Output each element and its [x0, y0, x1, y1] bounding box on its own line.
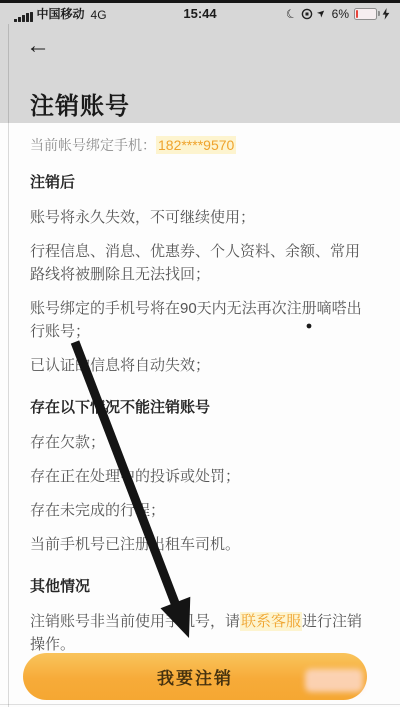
header: 中国移动 4G 15:44 ☾ ➤ 6% ← 注销账号 — [0, 0, 400, 123]
section-heading-after-cancel: 注销后 — [30, 171, 372, 192]
section-heading-cannot-cancel: 存在以下情况不能注销账号 — [30, 396, 372, 417]
content: 当前帐号绑定手机：182****9570 注销后 账号将永久失效，不可继续使用；… — [0, 123, 400, 667]
after-cancel-item: 账号将永久失效，不可继续使用； — [30, 206, 372, 229]
bound-phone-value: 182****9570 — [156, 136, 236, 154]
photo-top-edge — [0, 0, 400, 3]
bound-phone-row: 当前帐号绑定手机：182****9570 — [30, 135, 372, 155]
status-bar: 中国移动 4G 15:44 ☾ ➤ 6% — [0, 3, 400, 24]
clock: 15:44 — [0, 6, 400, 21]
section-heading-other: 其他情况 — [30, 575, 372, 596]
back-button[interactable]: ← — [26, 34, 50, 58]
cannot-cancel-item: 存在未完成的行程； — [30, 499, 372, 522]
cannot-cancel-item: 存在正在处理中的投诉或处罚； — [30, 465, 372, 488]
confirm-cancel-button[interactable]: 我要注销 — [23, 653, 367, 700]
battery-icon — [354, 8, 377, 20]
after-cancel-item: 账号绑定的手机号将在90天内无法再次注册嘀嗒出行账号； — [30, 297, 372, 343]
photo-left-edge — [8, 24, 9, 707]
cannot-cancel-item: 当前手机号已注册出租车司机。 — [30, 533, 372, 556]
bound-phone-label: 当前帐号绑定手机： — [30, 137, 156, 153]
cannot-cancel-item: 存在欠款； — [30, 431, 372, 454]
after-cancel-item: 行程信息、消息、优惠券、个人资料、余额、常用路线将被删除且无法找回； — [30, 240, 372, 286]
contact-support-link[interactable]: 联系客服 — [240, 612, 302, 631]
account-cancellation-screen: 中国移动 4G 15:44 ☾ ➤ 6% ← 注销账号 当前帐号绑定手机：182 — [0, 0, 400, 707]
after-cancel-item: 已认证的信息将自动失效； — [30, 354, 372, 377]
other-note: 注销账号非当前使用手机号，请联系客服进行注销操作。 — [30, 610, 372, 656]
photo-bottom-edge — [0, 704, 400, 705]
other-note-prefix: 注销账号非当前使用手机号，请 — [30, 613, 240, 630]
page-title: 注销账号 — [30, 86, 130, 121]
